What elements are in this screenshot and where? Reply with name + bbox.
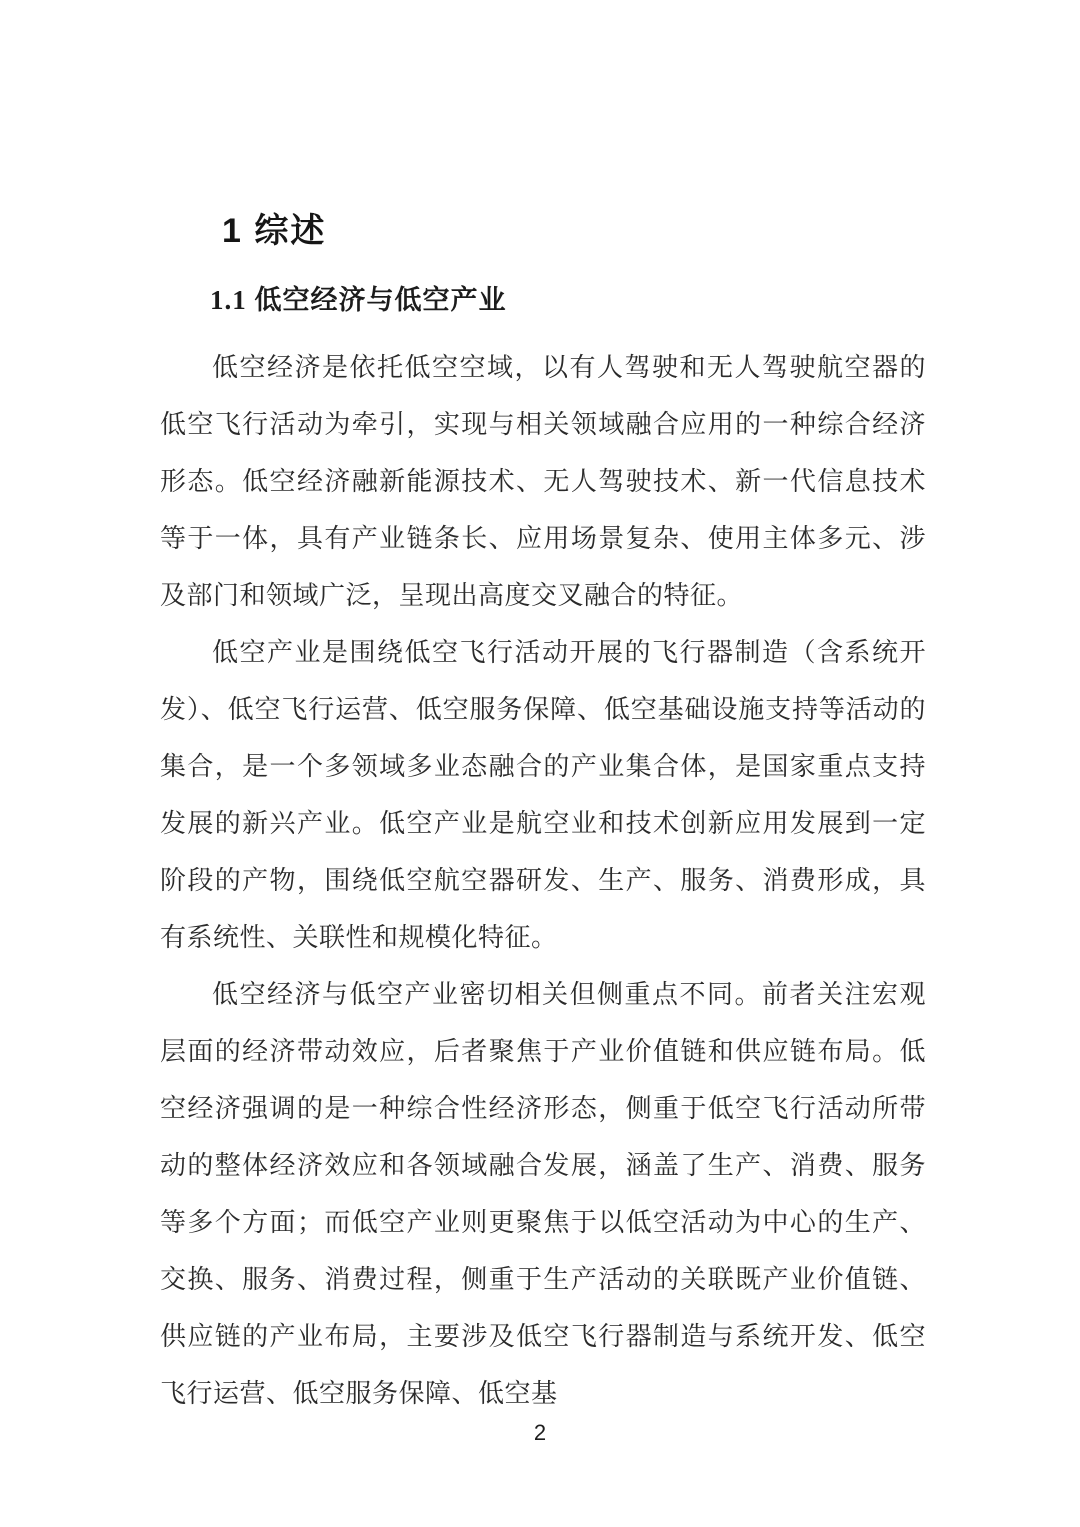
paragraph-3: 低空经济与低空产业密切相关但侧重点不同。前者关注宏观层面的经济带动效应，后者聚焦…: [160, 966, 926, 1422]
document-page: 1 综述 1.1 低空经济与低空产业 低空经济是依托低空空域，以有人驾驶和无人驾…: [0, 0, 1080, 1527]
page-footer: 2: [0, 1420, 1080, 1446]
section-heading: 1 综述: [222, 210, 926, 252]
body-text: 低空经济是依托低空空域，以有人驾驶和无人驾驶航空器的低空飞行活动为牵引，实现与相…: [160, 339, 926, 1422]
document-content: 1 综述 1.1 低空经济与低空产业 低空经济是依托低空空域，以有人驾驶和无人驾…: [160, 0, 926, 1422]
page-number: 2: [534, 1420, 546, 1445]
subsection-heading: 1.1 低空经济与低空产业: [210, 283, 926, 317]
paragraph-1: 低空经济是依托低空空域，以有人驾驶和无人驾驶航空器的低空飞行活动为牵引，实现与相…: [160, 339, 926, 624]
paragraph-2: 低空产业是围绕低空飞行活动开展的飞行器制造（含系统开发）、低空飞行运营、低空服务…: [160, 624, 926, 966]
